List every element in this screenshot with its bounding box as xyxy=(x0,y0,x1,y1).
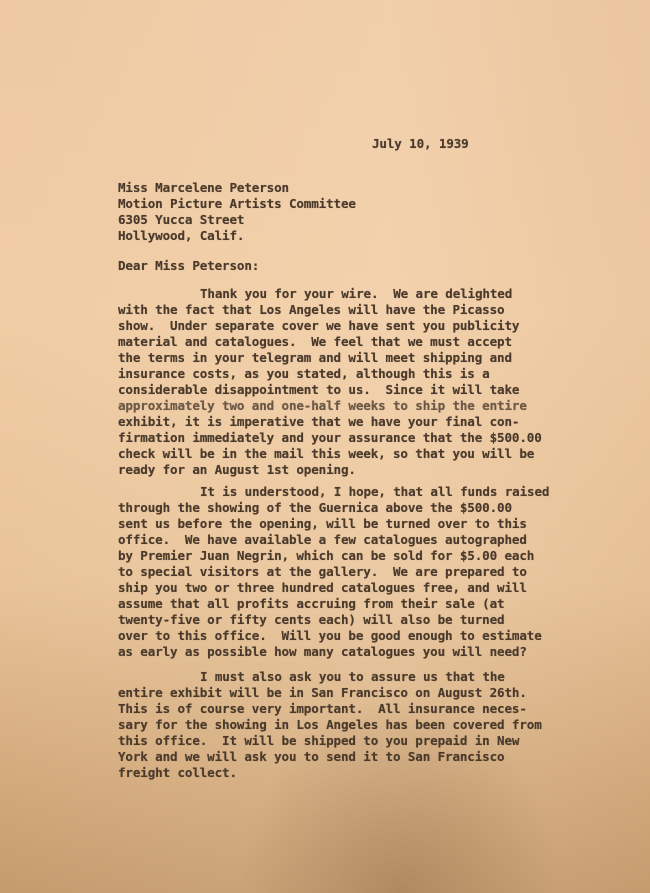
paragraph-line: York and we will ask you to send it to S… xyxy=(118,749,542,765)
address-line: Motion Picture Artists Committee xyxy=(118,196,356,212)
paragraph-line: ship you two or three hundred catalogues… xyxy=(118,580,549,596)
paragraph-line: Thank you for your wire. We are delighte… xyxy=(118,286,542,302)
paragraph-line: twenty-five or fifty cents each) will al… xyxy=(118,612,549,628)
paragraph-line: check will be in the mail this week, so … xyxy=(118,446,542,462)
paragraph-line: I must also ask you to assure us that th… xyxy=(118,669,542,685)
paragraph-line: exhibit, it is imperative that we have y… xyxy=(118,414,542,430)
paragraph-line: firmation immediately and your assurance… xyxy=(118,430,542,446)
paragraph-line: by Premier Juan Negrin, which can be sol… xyxy=(118,548,549,564)
paragraph-line: over to this office. Will you be good en… xyxy=(118,628,549,644)
paragraph-line: freight collect. xyxy=(118,765,542,781)
salutation: Dear Miss Peterson: xyxy=(118,258,259,274)
paragraph-line: to special visitors at the gallery. We a… xyxy=(118,564,549,580)
paragraph-line: sent us before the opening, will be turn… xyxy=(118,516,549,532)
paragraph-line: show. Under separate cover we have sent … xyxy=(118,318,542,334)
paragraph-line: as early as possible how many catalogues… xyxy=(118,644,549,660)
address-line: Hollywood, Calif. xyxy=(118,228,356,244)
paragraph-line: through the showing of the Guernica abov… xyxy=(118,500,549,516)
paragraph-line: this office. It will be shipped to you p… xyxy=(118,733,542,749)
paragraph-line: with the fact that Los Angeles will have… xyxy=(118,302,542,318)
paragraph-line: the terms in your telegram and will meet… xyxy=(118,350,542,366)
paragraph-line: entire exhibit will be in San Francisco … xyxy=(118,685,542,701)
address-line: Miss Marcelene Peterson xyxy=(118,180,356,196)
paragraph-2: It is understood, I hope, that all funds… xyxy=(118,484,549,660)
paragraph-line: This is of course very important. All in… xyxy=(118,701,542,717)
paragraph-line: insurance costs, as you stated, although… xyxy=(118,366,542,382)
paragraph-line: sary for the showing in Los Angeles has … xyxy=(118,717,542,733)
letter-date: July 10, 1939 xyxy=(372,136,469,151)
paragraph-line: It is understood, I hope, that all funds… xyxy=(118,484,549,500)
paragraph-line: approximately two and one-half weeks to … xyxy=(118,398,542,414)
salutation-block: Dear Miss Peterson: xyxy=(118,258,259,274)
recipient-address: Miss Marcelene Peterson Motion Picture A… xyxy=(118,180,356,244)
paragraph-line: office. We have available a few catalogu… xyxy=(118,532,549,548)
paragraph-line: ready for an August 1st opening. xyxy=(118,462,542,478)
paragraph-line: considerable disappointment to us. Since… xyxy=(118,382,542,398)
paragraph-1: Thank you for your wire. We are delighte… xyxy=(118,286,542,478)
paragraph-line: material and catalogues. We feel that we… xyxy=(118,334,542,350)
paragraph-line: assume that all profits accruing from th… xyxy=(118,596,549,612)
paragraph-3: I must also ask you to assure us that th… xyxy=(118,669,542,781)
address-line: 6305 Yucca Street xyxy=(118,212,356,228)
